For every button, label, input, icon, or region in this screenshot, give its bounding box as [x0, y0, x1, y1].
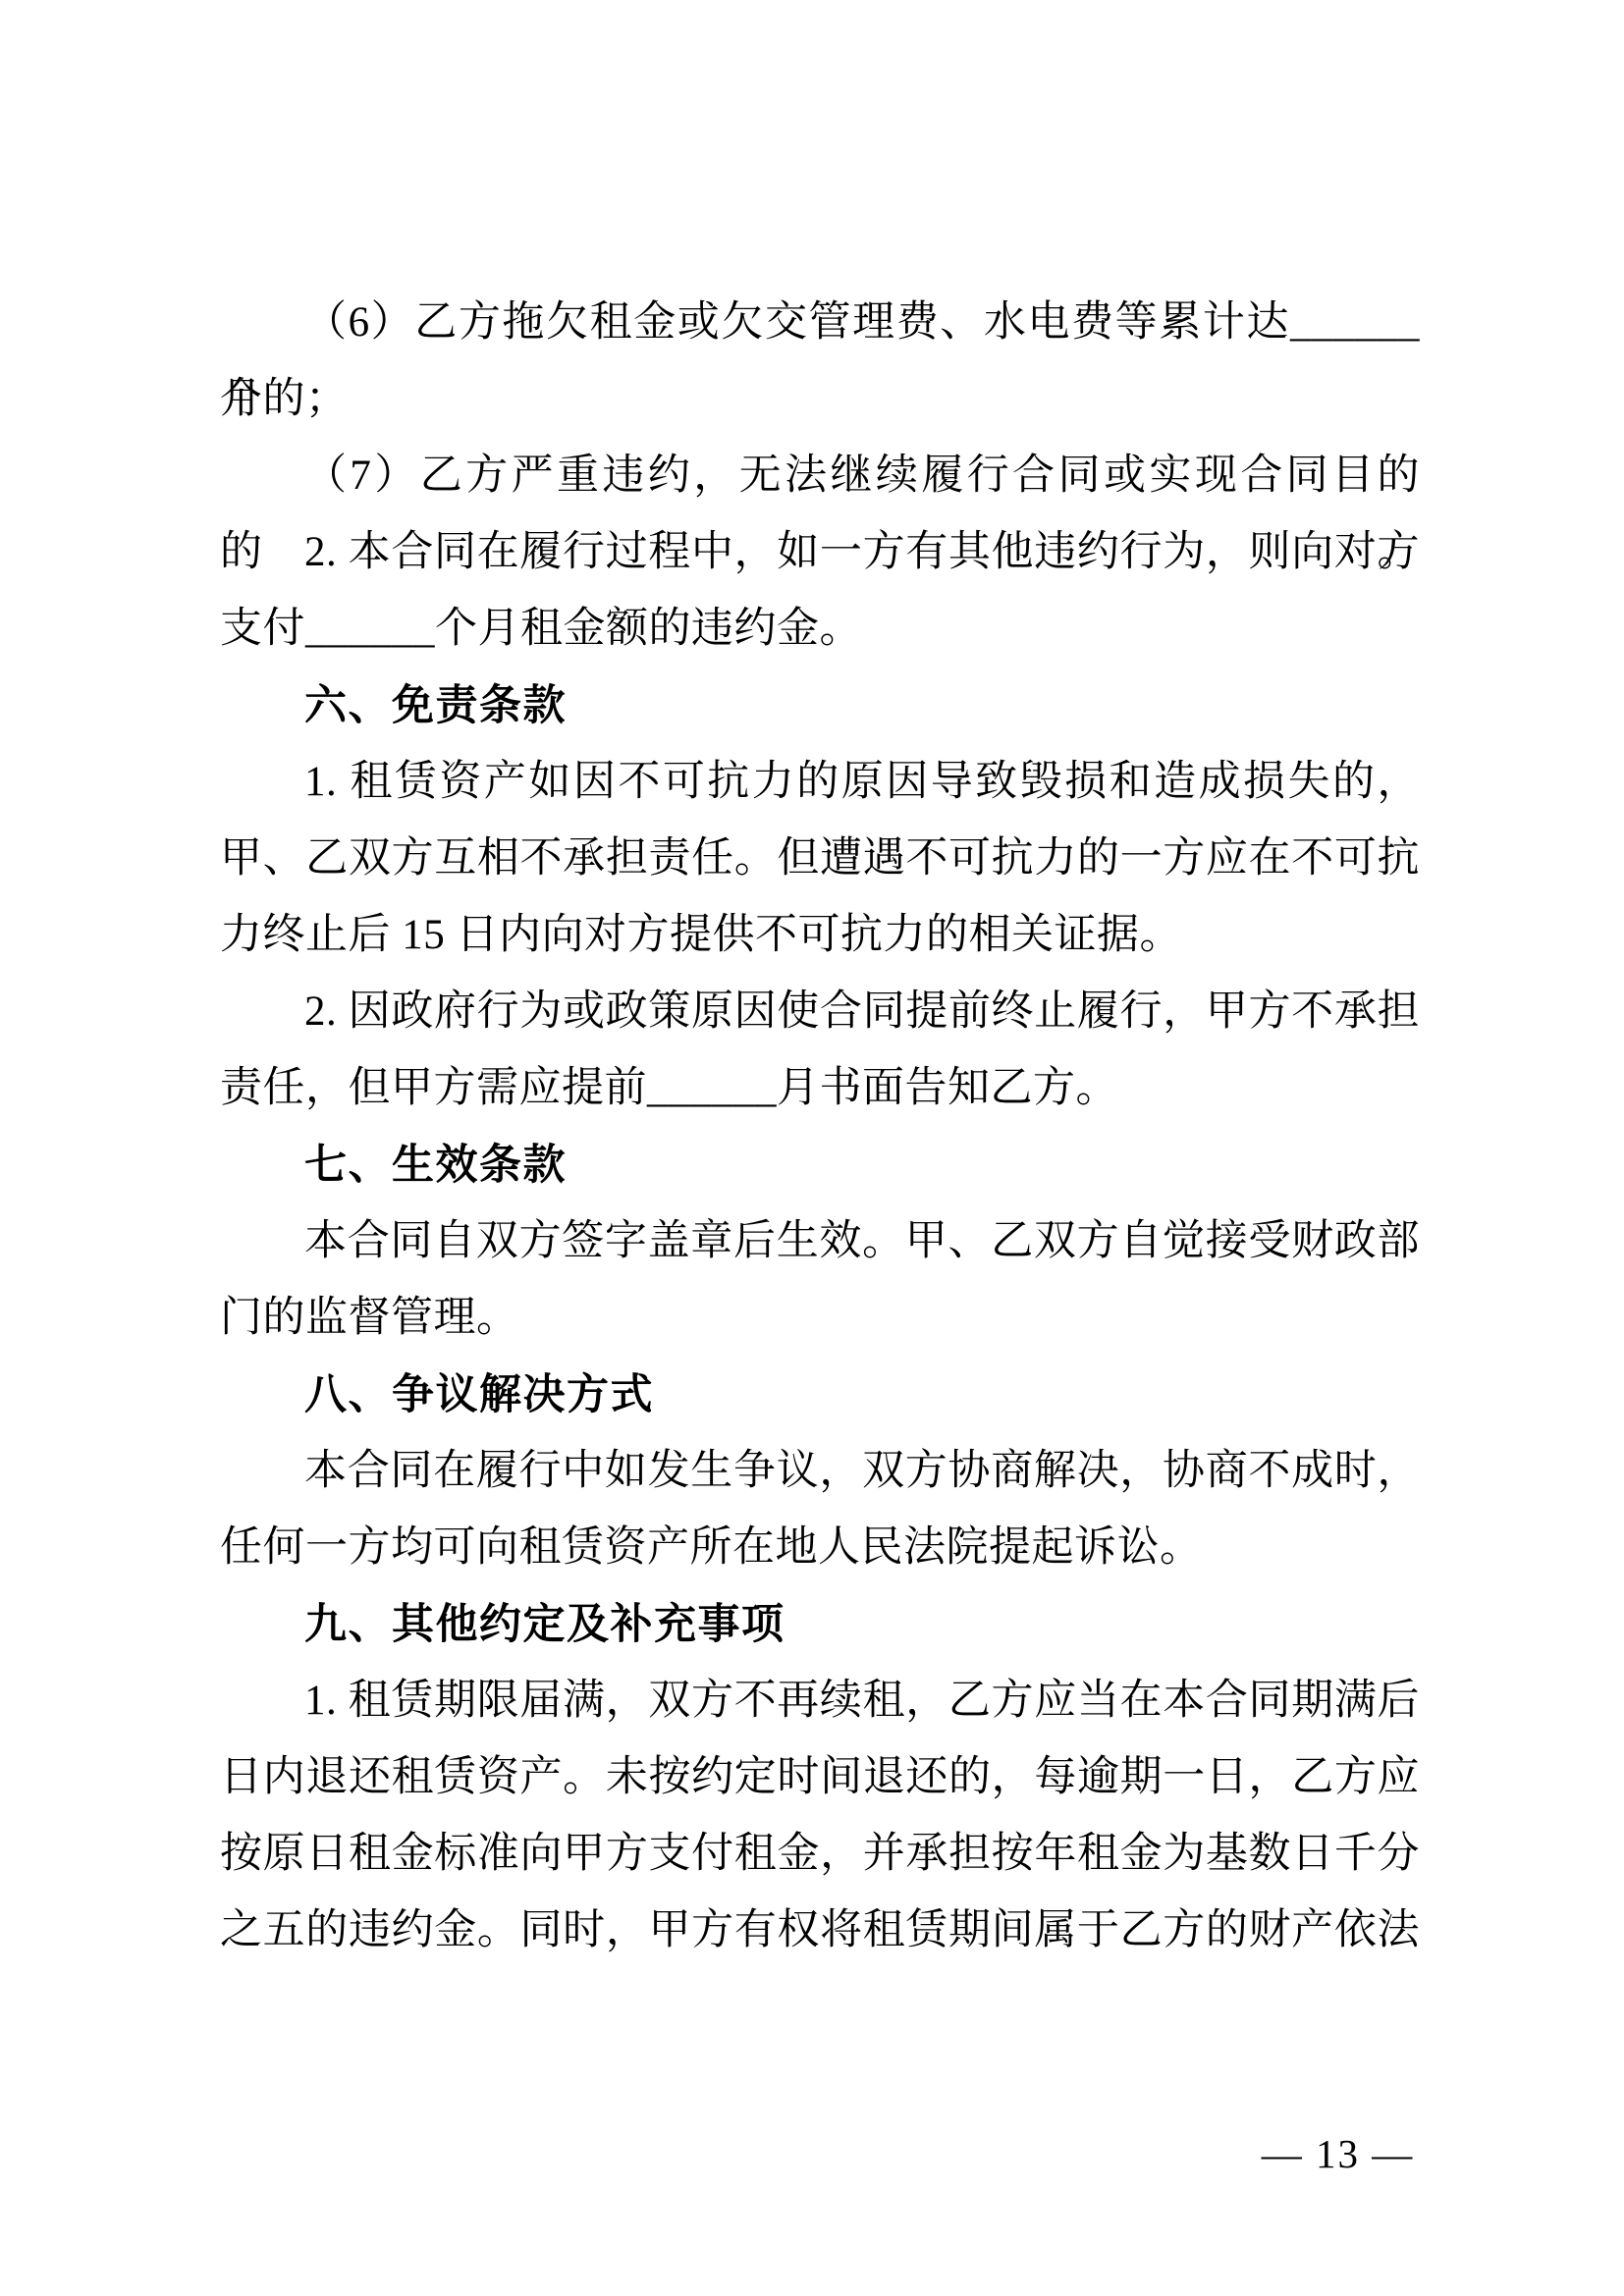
paragraph-line: 日内退还租赁资产。未按约定时间退还的，每逾期一日，乙方应 — [220, 1739, 1420, 1816]
paragraph-line: 甲、乙双方互相不承担责任。但遭遇不可抗力的一方应在不可抗 — [220, 821, 1420, 897]
paragraph-line: 责任，但甲方需应提前______月书面告知乙方。 — [220, 1050, 1420, 1127]
paragraph-line: （6）乙方拖欠租金或欠交管理费、水电费等累计达______个 — [220, 285, 1420, 361]
paragraph-line: 1. 租赁资产如因不可抗力的原因导致毁损和造成损失的， — [220, 744, 1420, 821]
paragraph-line: 本合同自双方签字盖章后生效。甲、乙双方自觉接受财政部 — [220, 1203, 1420, 1280]
paragraph-line: 支付______个月租金额的违约金。 — [220, 591, 1420, 667]
paragraph-line: 按原日租金标准向甲方支付租金，并承担按年租金为基数日千分 — [220, 1816, 1420, 1893]
paragraph-line: （7）乙方严重违约，无法继续履行合同或实现合同目的的。 — [220, 438, 1420, 514]
paragraph-line: 1. 租赁期限届满，双方不再续租，乙方应当在本合同期满后 — [220, 1663, 1420, 1739]
paragraph-line: 门的监督管理。 — [220, 1280, 1420, 1357]
paragraph-line: 本合同在履行中如发生争议，双方协商解决，协商不成时， — [220, 1433, 1420, 1510]
paragraph-line: 力终止后 15 日内向对方提供不可抗力的相关证据。 — [220, 897, 1420, 974]
paragraph-line: 月的； — [220, 361, 1420, 438]
paragraph-line: 之五的违约金。同时，甲方有权将租赁期间属于乙方的财产依法 — [220, 1893, 1420, 1969]
contract-body: （6）乙方拖欠租金或欠交管理费、水电费等累计达______个 月的； （7）乙方… — [220, 285, 1420, 1969]
contract-page: （6）乙方拖欠租金或欠交管理费、水电费等累计达______个 月的； （7）乙方… — [0, 0, 1624, 2296]
section-heading: 六、免责条款 — [220, 667, 1420, 744]
page-number: — 13 — — [1232, 2128, 1443, 2179]
section-heading: 七、生效条款 — [220, 1127, 1420, 1203]
section-heading: 八、争议解决方式 — [220, 1357, 1420, 1433]
paragraph-line: 任何一方均可向租赁资产所在地人民法院提起诉讼。 — [220, 1510, 1420, 1586]
section-heading: 九、其他约定及补充事项 — [220, 1586, 1420, 1663]
paragraph-line: 2. 因政府行为或政策原因使合同提前终止履行，甲方不承担 — [220, 974, 1420, 1050]
paragraph-line: 2. 本合同在履行过程中，如一方有其他违约行为，则向对方 — [220, 514, 1420, 591]
